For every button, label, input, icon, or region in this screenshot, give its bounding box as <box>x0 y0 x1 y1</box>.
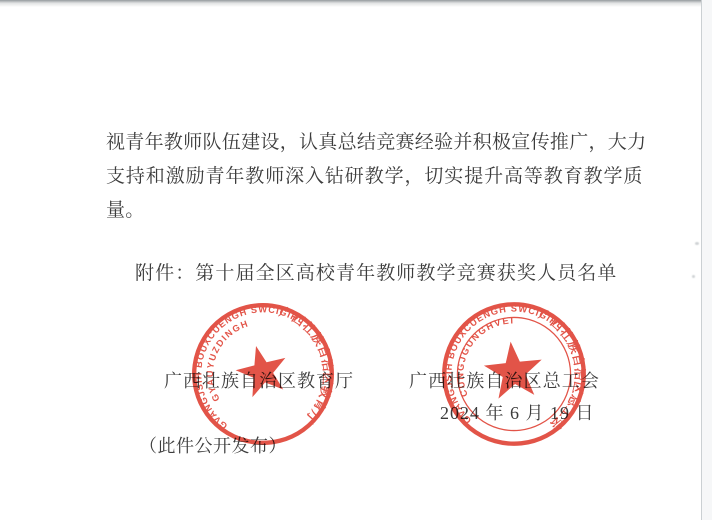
scan-speck <box>692 275 695 278</box>
attachment-line: 附件：第十届全区高校青年教师教学竞赛获奖人员名单 <box>135 258 617 285</box>
official-seal-trade-union: GVANGJSIH BOUXCUENGH SWCIGIH CUNGJGUNGHV… <box>428 288 599 459</box>
scanned-document-page: 视青年教师队伍建设，认真总结竞赛经验并积极宣传推广，大力 支持和激励青年教师深入… <box>0 0 712 520</box>
star-icon <box>482 339 546 400</box>
seal-chinese-text: 广西壮族自治区总工会 <box>535 303 594 435</box>
scanner-edge-artifact-top <box>0 0 712 7</box>
scan-speck <box>695 242 699 245</box>
scanner-edge-artifact-right <box>701 0 712 520</box>
body-text-line: 支持和激励青年教师深入钻研教学，切实提升高等教育教学质 <box>106 161 643 188</box>
body-text-line: 视青年教师队伍建设，认真总结竞赛经验并积极宣传推广，大力 <box>106 127 646 154</box>
star-icon <box>231 340 292 400</box>
seal-chinese-text: 广西壮族自治区教育厅 <box>274 295 349 429</box>
body-text-line: 量。 <box>106 195 145 222</box>
